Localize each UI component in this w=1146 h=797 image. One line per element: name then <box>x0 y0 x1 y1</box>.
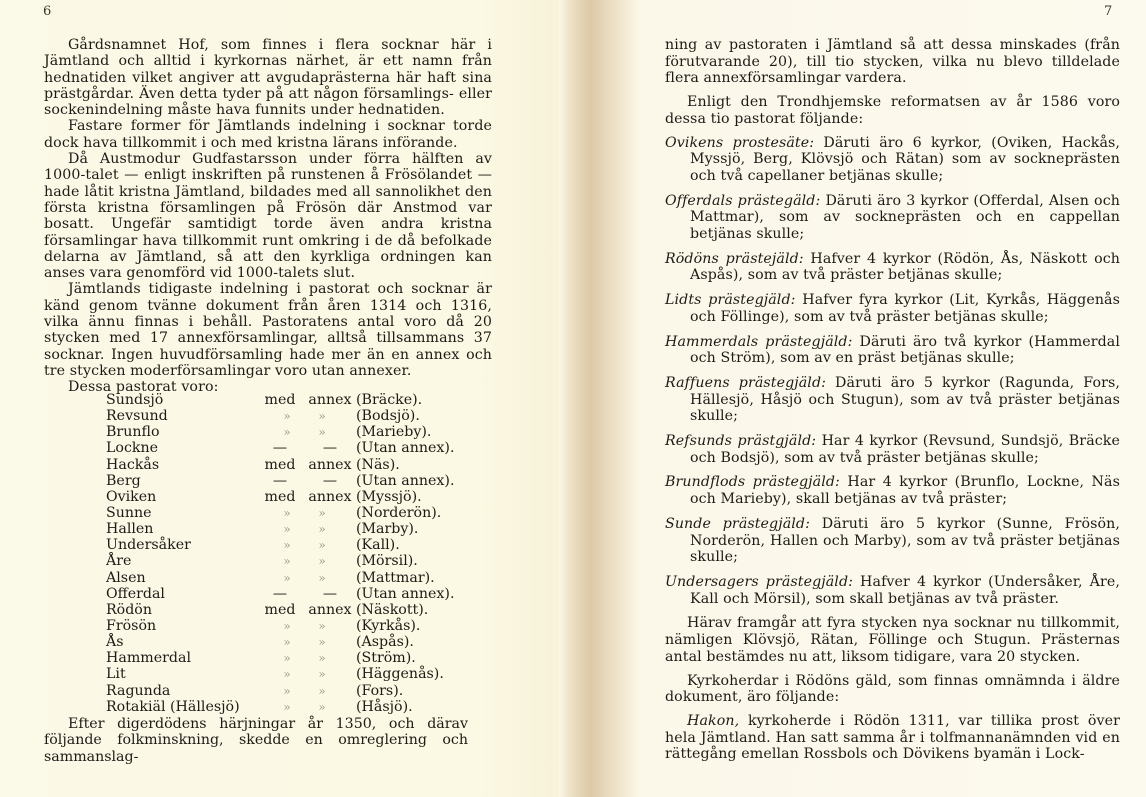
annex-name: (Marby). <box>353 521 418 537</box>
pastorat-entry: Raffuens prästegjäld: Däruti äro 5 kyrko… <box>665 375 1120 425</box>
annex-name: (Fors). <box>353 683 403 699</box>
relation-part: » <box>307 521 353 537</box>
annex-name: (Häggenås). <box>353 666 444 682</box>
relation-part: — <box>307 440 353 456</box>
pastorat-name: Alsen <box>106 570 261 586</box>
entry-title: Ovikens prostesäte: <box>665 135 814 151</box>
pastorat-row: Sunne»»(Norderön). <box>106 505 466 521</box>
entry-title: Raffuens prästegjäld: <box>665 375 826 391</box>
pastorat-name: Hackås <box>106 457 261 473</box>
pastorat-name: Brunflo <box>106 424 261 440</box>
left-page-closing: Efter digerdödens härjningar år 1350, oc… <box>44 716 468 765</box>
annex-relation: —— <box>261 473 353 489</box>
pastorat-row: Ovikenmedannex(Myssjö). <box>106 489 466 505</box>
pastorat-entry: Sunde prästegjäld: Däruti äro 5 kyrkor (… <box>665 516 1120 566</box>
entry-title: Brundflods prästegjäld: <box>665 474 840 490</box>
paragraph: Härav framgår att fyra stycken nya sockn… <box>665 615 1120 665</box>
book-gutter <box>559 0 639 797</box>
pastorat-list: Sundsjömedannex(Bräcke).Revsund»»(Bodsjö… <box>106 392 466 715</box>
annex-name: (Marieby). <box>353 424 431 440</box>
relation-part: » <box>261 650 299 666</box>
pastorat-name: Ragunda <box>106 683 261 699</box>
annex-name: (Mörsil). <box>353 553 418 569</box>
pastorat-row: Lit»»(Häggenås). <box>106 666 466 682</box>
left-page-body: Gårdsnamnet Hof, som finnes i flera sock… <box>44 37 492 396</box>
pastorat-entry: Undersagers prästegjäld: Hafver 4 kyrkor… <box>665 574 1120 607</box>
relation-part: » <box>261 505 299 521</box>
relation-part: » <box>307 699 353 715</box>
relation-part: annex <box>307 489 353 505</box>
relation-part: » <box>307 618 353 634</box>
annex-relation: »» <box>261 634 353 650</box>
relation-part: » <box>307 666 353 682</box>
relation-part: » <box>307 570 353 586</box>
annex-relation: »» <box>261 521 353 537</box>
annex-relation: »» <box>261 424 353 440</box>
pastorat-row: Ås»»(Aspås). <box>106 634 466 650</box>
annex-name: (Utan annex). <box>353 586 454 602</box>
relation-part: » <box>261 570 299 586</box>
pastorat-entry: Rödöns prästejäld: Hafver 4 kyrkor (Rödö… <box>665 251 1120 284</box>
pastorat-entry: Refsunds prästgjäld: Har 4 kyrkor (Revsu… <box>665 433 1120 466</box>
paragraph: Fastare former för Jämtlands indelning i… <box>44 118 492 151</box>
annex-relation: »» <box>261 505 353 521</box>
pastorat-name: Oviken <box>106 489 261 505</box>
annex-name: (Myssjö). <box>353 489 422 505</box>
pastorat-name: Hammerdal <box>106 650 261 666</box>
person-name: Hakon, <box>687 713 739 729</box>
annex-name: (Bodsjö). <box>353 408 420 424</box>
pastorat-name: Rödön <box>106 602 261 618</box>
relation-part: » <box>307 505 353 521</box>
relation-part: med <box>261 392 299 408</box>
pastorat-row: Brunflo»»(Marieby). <box>106 424 466 440</box>
entry-title: Offerdals prästegäld: <box>665 193 820 209</box>
pastorat-row: Alsen»»(Mattmar). <box>106 570 466 586</box>
pastorat-row: Åre»»(Mörsil). <box>106 553 466 569</box>
relation-part: » <box>261 699 299 715</box>
relation-part: — <box>261 586 299 602</box>
pastorat-entry: Brundflods prästegjäld: Har 4 kyrkor (Br… <box>665 474 1120 507</box>
annex-name: (Utan annex). <box>353 473 454 489</box>
relation-part: — <box>307 473 353 489</box>
annex-name: (Utan annex). <box>353 440 454 456</box>
annex-relation: —— <box>261 586 353 602</box>
pastorat-row: Sundsjömedannex(Bräcke). <box>106 392 466 408</box>
relation-part: » <box>261 408 299 424</box>
entry-title: Rödöns prästejäld: <box>665 251 804 267</box>
paragraph-hakon: Hakon, kyrkoherde i Rödön 1311, var till… <box>665 713 1120 763</box>
paragraph: Efter digerdödens härjningar år 1350, oc… <box>44 716 468 765</box>
pastorat-row: Revsund»»(Bodsjö). <box>106 408 466 424</box>
pastorat-name: Frösön <box>106 618 261 634</box>
paragraph: Kyrkoherdar i Rödöns gäld, som finnas om… <box>665 673 1120 706</box>
pastorat-row: Berg——(Utan annex). <box>106 473 466 489</box>
annex-name: (Mattmar). <box>353 570 435 586</box>
annex-relation: »» <box>261 683 353 699</box>
annex-relation: »» <box>261 666 353 682</box>
annex-relation: »» <box>261 408 353 424</box>
pastorat-row: Hammerdal»»(Ström). <box>106 650 466 666</box>
annex-name: (Ström). <box>353 650 416 666</box>
annex-name: (Norderön). <box>353 505 441 521</box>
entry-title: Refsunds prästgjäld: <box>665 433 816 449</box>
relation-part: — <box>261 440 299 456</box>
pastorat-name: Sunne <box>106 505 261 521</box>
relation-part: » <box>307 683 353 699</box>
annex-relation: medannex <box>261 392 353 408</box>
relation-part: » <box>261 424 299 440</box>
relation-part: » <box>307 553 353 569</box>
relation-part: » <box>307 650 353 666</box>
annex-relation: medannex <box>261 457 353 473</box>
relation-part: » <box>261 618 299 634</box>
annex-name: (Näs). <box>353 457 400 473</box>
pastorat-name: Hallen <box>106 521 261 537</box>
pastorat-row: Lockne——(Utan annex). <box>106 440 466 456</box>
pastorat-name: Offerdal <box>106 586 261 602</box>
pastorat-name: Ås <box>106 634 261 650</box>
relation-part: med <box>261 602 299 618</box>
annex-relation: —— <box>261 440 353 456</box>
pastorat-entry: Lidts prästegjäld: Hafver fyra kyrkor (L… <box>665 292 1120 325</box>
relation-part: » <box>261 634 299 650</box>
annex-relation: »» <box>261 699 353 715</box>
paragraph: Jämtlands tidigaste indelning i pastorat… <box>44 281 492 379</box>
relation-part: — <box>261 473 299 489</box>
relation-part: » <box>261 553 299 569</box>
entry-title: Hammerdals prästegjäld: <box>665 334 853 350</box>
paragraph: Då Austmodur Gudfastarsson under förra h… <box>44 151 492 281</box>
annex-name: (Näskott). <box>353 602 428 618</box>
pastorat-row: Ragunda»»(Fors). <box>106 683 466 699</box>
annex-relation: »» <box>261 618 353 634</box>
pastorat-row: Rödönmedannex(Näskott). <box>106 602 466 618</box>
relation-part: » <box>261 666 299 682</box>
pastorat-name: Revsund <box>106 408 261 424</box>
relation-part: » <box>307 634 353 650</box>
pastorat-entry: Offerdals prästegäld: Däruti äro 3 kyrko… <box>665 193 1120 243</box>
paragraph: ning av pastoraten i Jämtland så att des… <box>665 37 1120 87</box>
entry-title: Lidts prästegjäld: <box>665 292 796 308</box>
pastorat-name: Lockne <box>106 440 261 456</box>
annex-name: (Kyrkås). <box>353 618 420 634</box>
entry-title: Sunde prästegjäld: <box>665 516 810 532</box>
relation-part: annex <box>307 457 353 473</box>
annex-name: (Kall). <box>353 537 400 553</box>
relation-part: » <box>307 424 353 440</box>
annex-relation: medannex <box>261 602 353 618</box>
pastorat-entry: Hammerdals prästegjäld: Däruti äro två k… <box>665 334 1120 367</box>
annex-name: (Aspås). <box>353 634 414 650</box>
relation-part: med <box>261 457 299 473</box>
annex-relation: »» <box>261 537 353 553</box>
pastorat-row: Hackåsmedannex(Näs). <box>106 457 466 473</box>
pastorat-entries: Ovikens prostesäte: Däruti äro 6 kyrkor,… <box>665 135 1120 608</box>
pastorat-name: Undersåker <box>106 537 261 553</box>
annex-relation: »» <box>261 553 353 569</box>
pastorat-row: Rotakiäl (Hällesjö)»»(Håsjö). <box>106 699 466 715</box>
annex-relation: »» <box>261 650 353 666</box>
annex-relation: »» <box>261 570 353 586</box>
pastorat-name: Åre <box>106 553 261 569</box>
right-page-body: ning av pastoraten i Jämtland så att des… <box>665 37 1120 763</box>
relation-part: » <box>261 521 299 537</box>
annex-name: (Bräcke). <box>353 392 422 408</box>
relation-part: » <box>261 683 299 699</box>
pastorat-name: Berg <box>106 473 261 489</box>
relation-part: » <box>307 408 353 424</box>
relation-part: annex <box>307 392 353 408</box>
relation-part: annex <box>307 602 353 618</box>
relation-part: » <box>261 537 299 553</box>
pastorat-row: Hallen»»(Marby). <box>106 521 466 537</box>
relation-part: » <box>307 537 353 553</box>
relation-part: med <box>261 489 299 505</box>
pastorat-name: Rotakiäl (Hällesjö) <box>106 699 261 715</box>
relation-part: — <box>307 586 353 602</box>
pastorat-name: Sundsjö <box>106 392 261 408</box>
entry-title: Undersagers prästegjäld: <box>665 574 853 590</box>
annex-name: (Håsjö). <box>353 699 413 715</box>
pastorat-row: Undersåker»»(Kall). <box>106 537 466 553</box>
paragraph: Enligt den Trondhjemske reformatsen av å… <box>665 94 1120 127</box>
page-number-right: 7 <box>1104 4 1112 19</box>
pastorat-name: Lit <box>106 666 261 682</box>
page-number-left: 6 <box>43 4 51 19</box>
paragraph: Gårdsnamnet Hof, som finnes i flera sock… <box>44 37 492 118</box>
annex-relation: medannex <box>261 489 353 505</box>
book-spread: 6 7 Gårdsnamnet Hof, som finnes i flera … <box>0 0 1146 797</box>
pastorat-row: Frösön»»(Kyrkås). <box>106 618 466 634</box>
pastorat-row: Offerdal——(Utan annex). <box>106 586 466 602</box>
pastorat-entry: Ovikens prostesäte: Däruti äro 6 kyrkor,… <box>665 135 1120 185</box>
